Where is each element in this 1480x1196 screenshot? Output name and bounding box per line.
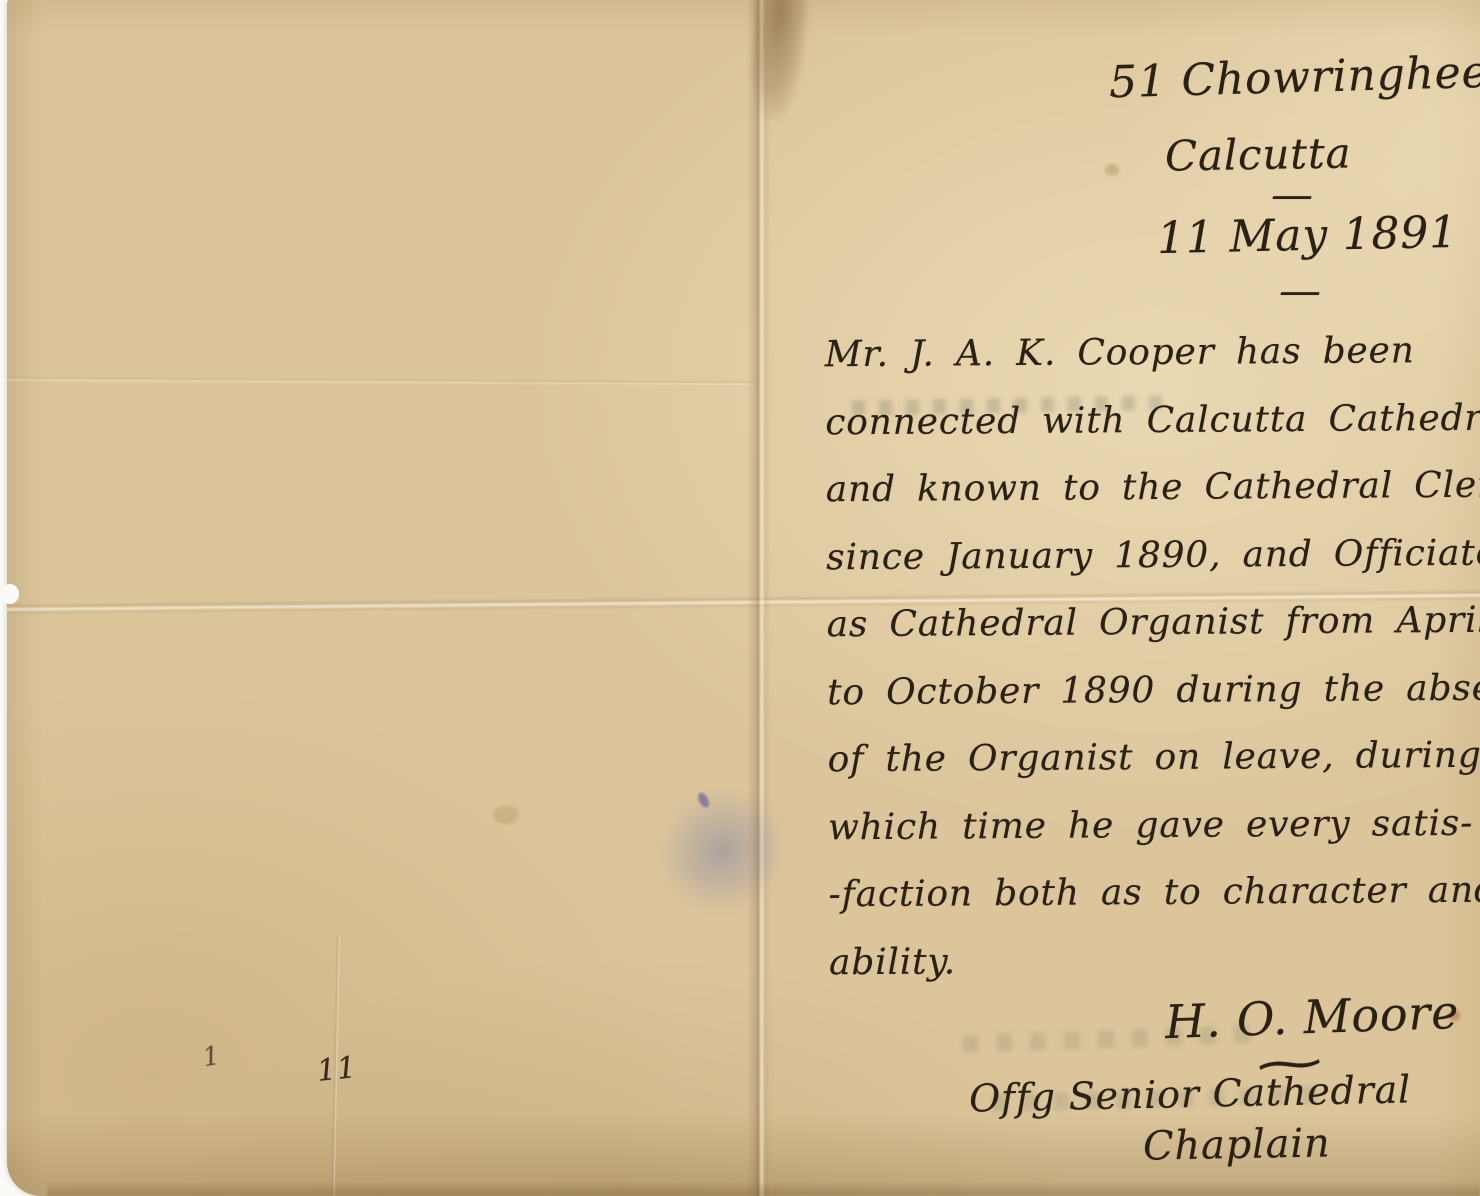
letter-date: 11 May 1891 <box>1156 207 1458 264</box>
foxing-spot <box>1105 164 1119 176</box>
signature-role: Offg Senior Cathedral <box>969 1067 1412 1120</box>
left-page-crease <box>7 376 755 387</box>
signature-role: Chaplain <box>1143 1120 1331 1169</box>
letter-scan: 1 11 51 Chowringhee Calcutta — 11 May 18… <box>0 0 1480 1196</box>
body-line: as Cathedral Organist from April <box>827 600 1480 672</box>
bottom-edge-shadow <box>47 1182 1480 1196</box>
fold-top-stain <box>749 0 810 122</box>
letter-address: 51 Chowringhee <box>1108 47 1480 109</box>
pen-mark-11: 11 <box>315 1050 358 1089</box>
body-line: which time he gave every satis- <box>828 802 1480 874</box>
body-line: Mr. J. A. K. Cooper has been <box>825 330 1480 402</box>
letter-body: Mr. J. A. K. Cooper has been connected w… <box>825 330 1480 1010</box>
foxing-spot <box>493 806 519 824</box>
paper-sheet: 1 11 51 Chowringhee Calcutta — 11 May 18… <box>7 0 1480 1196</box>
body-line: and known to the Cathedral Clergy <box>826 465 1480 537</box>
letter-city: Calcutta <box>1165 128 1352 180</box>
body-line: to October 1890 during the absence <box>827 667 1480 739</box>
body-line: connected with Calcutta Cathedral <box>825 397 1480 469</box>
body-line: since January 1890, and Officiated <box>826 532 1480 604</box>
faint-pen-mark: 1 <box>201 1041 223 1074</box>
vertical-center-fold <box>747 0 771 1196</box>
header-dash: — <box>1279 266 1322 315</box>
blue-ink-smudge <box>632 762 813 940</box>
body-line: of the Organist on leave, during <box>827 735 1480 807</box>
scan-edge-notch <box>1 584 19 604</box>
body-line: -faction both as to character and <box>828 870 1480 942</box>
